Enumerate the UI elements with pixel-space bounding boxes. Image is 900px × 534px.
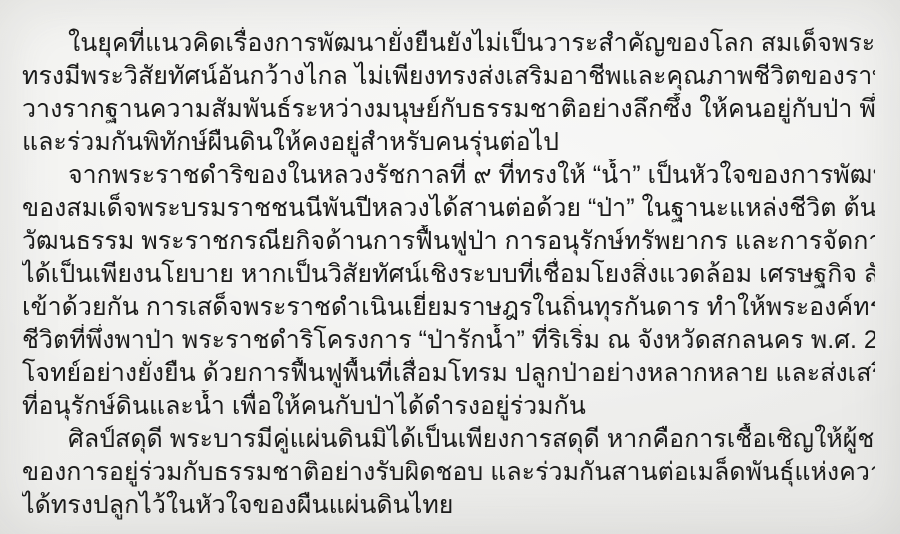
text-line: เข้าด้วยกัน การเสด็จพระราชดำเนินเยี่ยมรา…	[22, 291, 875, 324]
text-line: ได้เป็นเพียงนโยบาย หากเป็นวิสัยทัศน์เชิง…	[22, 258, 875, 291]
text-line: ของสมเด็จพระบรมราชชนนีพันปีหลวงได้สานต่อ…	[22, 192, 875, 225]
text-line: โจทย์อย่างยั่งยืน ด้วยการฟื้นฟูพื้นที่เส…	[22, 357, 875, 390]
text-line: ที่อนุรักษ์ดินและน้ำ เพื่อให้คนกับป่าได้…	[22, 390, 875, 423]
body-text: ในยุคที่แนวคิดเรื่องการพัฒนายั่งยืนยังไม…	[22, 27, 875, 522]
text-line: ทรงมีพระวิสัยทัศน์อันกว้างไกล ไม่เพียงทร…	[22, 60, 875, 93]
text-line: ชีวิตที่พึ่งพาป่า พระราชดำริโครงการ “ป่า…	[22, 324, 875, 357]
text-line: ในยุคที่แนวคิดเรื่องการพัฒนายั่งยืนยังไม…	[22, 27, 875, 60]
text-line: ศิลป์สดุดี พระบารมีคู่แผ่นดินมิได้เป็นเพ…	[22, 423, 875, 456]
text-line: ของการอยู่ร่วมกับธรรมชาติอย่างรับผิดชอบ …	[22, 456, 875, 489]
text-line: วางรากฐานความสัมพันธ์ระหว่างมนุษย์กับธรร…	[22, 93, 875, 126]
text-panel: ในยุคที่แนวคิดเรื่องการพัฒนายั่งยืนยังไม…	[0, 0, 900, 534]
text-line: และร่วมกันพิทักษ์ผืนดินให้คงอยู่สำหรับคน…	[22, 126, 875, 159]
text-line: จากพระราชดำริของในหลวงรัชกาลที่ ๙ ที่ทรง…	[22, 159, 875, 192]
text-line: วัฒนธรรม พระราชกรณียกิจด้านการฟื้นฟูป่า …	[22, 225, 875, 258]
text-line: ได้ทรงปลูกไว้ในหัวใจของผืนแผ่นดินไทย	[22, 489, 875, 522]
